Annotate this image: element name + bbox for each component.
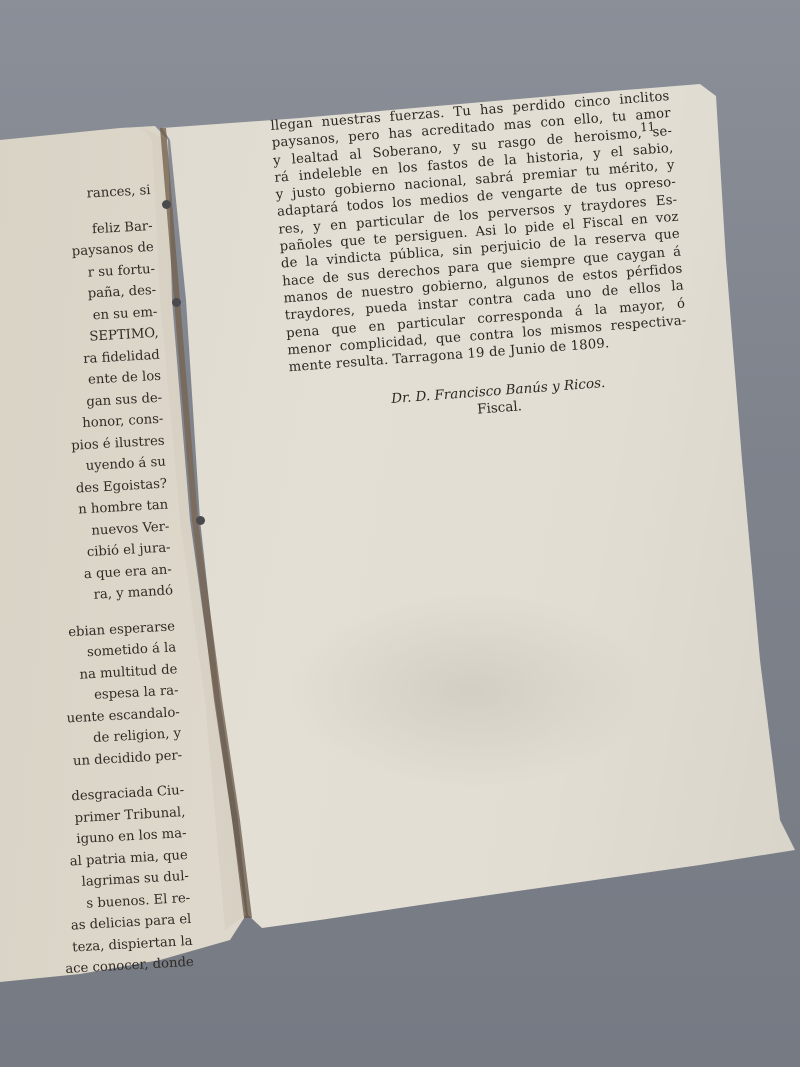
binding-hole xyxy=(196,516,205,525)
photo-scene: rances, si feliz Bar- paysanos de r su f… xyxy=(0,0,800,1067)
binding-hole xyxy=(172,298,181,307)
binding-hole xyxy=(162,200,171,209)
right-page-text: llegan nuestras fuerzas. Tu has perdido … xyxy=(270,88,688,377)
